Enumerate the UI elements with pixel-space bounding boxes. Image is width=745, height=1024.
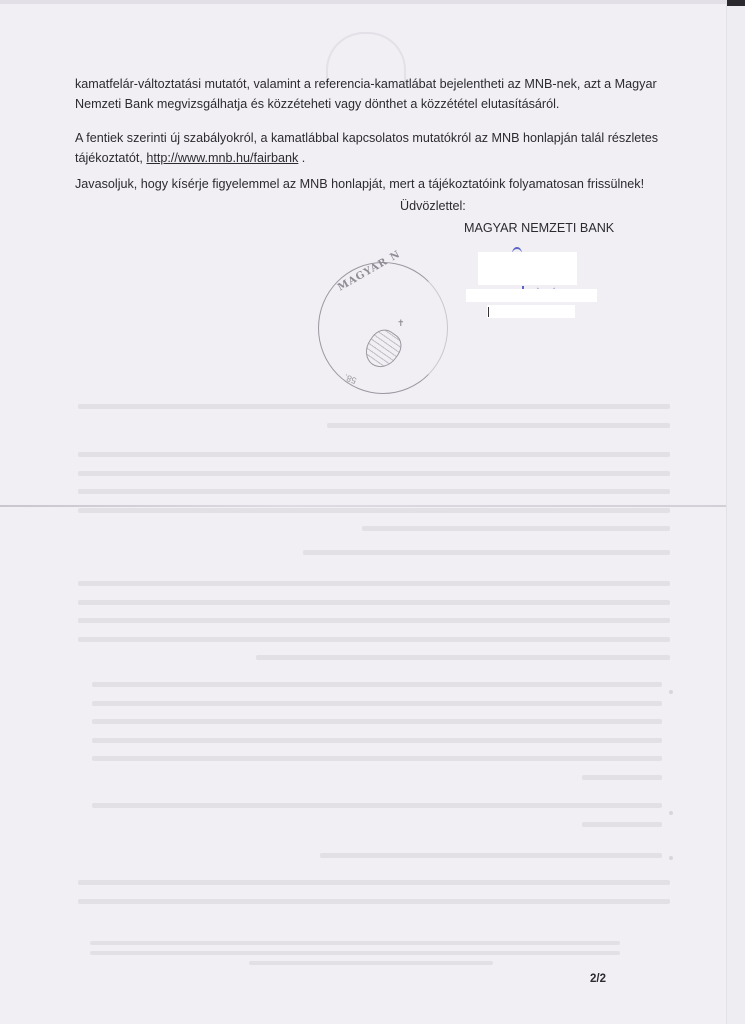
fairbank-link[interactable]: http://www.mnb.hu/fairbank <box>146 151 298 165</box>
bleedthrough-link-line <box>78 550 670 569</box>
bleedthrough-block-1 <box>78 404 670 441</box>
paragraph-3: Javasoljuk, hogy kísérje figyelemmel az … <box>75 174 665 194</box>
scan-margin <box>726 0 745 1024</box>
paragraph-1: kamatfelár-változtatási mutatót, valamin… <box>75 74 665 114</box>
bleedthrough-block-3 <box>78 581 670 674</box>
signatory-org: MAGYAR NEMZETI BANK <box>464 221 614 235</box>
bullet-bleed <box>669 856 673 860</box>
document-page: kamatfelár-változtatási mutatót, valamin… <box>0 0 726 1024</box>
redaction-box-name <box>466 289 597 302</box>
bleedthrough-block-4 <box>78 880 670 917</box>
crown-cross-icon: ✝ <box>397 318 405 329</box>
bullet-bleed <box>669 811 673 815</box>
paragraph-2-suffix: . <box>298 151 305 165</box>
bleedthrough-block-2 <box>78 452 670 545</box>
paragraph-2: A fentiek szerinti új szabályokról, a ka… <box>75 128 665 168</box>
bleedthrough-bullet-2 <box>92 803 662 840</box>
redaction-box-title <box>487 305 575 318</box>
bleedthrough-footer <box>90 941 620 979</box>
paper-fold-line <box>0 505 726 507</box>
bullet-bleed <box>669 690 673 694</box>
bleedthrough-bullet-1 <box>92 682 662 793</box>
greeting: Üdvözlettel: <box>400 199 466 213</box>
redaction-box-signature <box>478 252 577 285</box>
scan-top-edge <box>0 0 726 4</box>
bleedthrough-bullet-3 <box>92 853 662 872</box>
scan-corner <box>727 0 745 6</box>
redaction-mark <box>488 307 489 317</box>
page-number: 2/2 <box>590 973 606 985</box>
